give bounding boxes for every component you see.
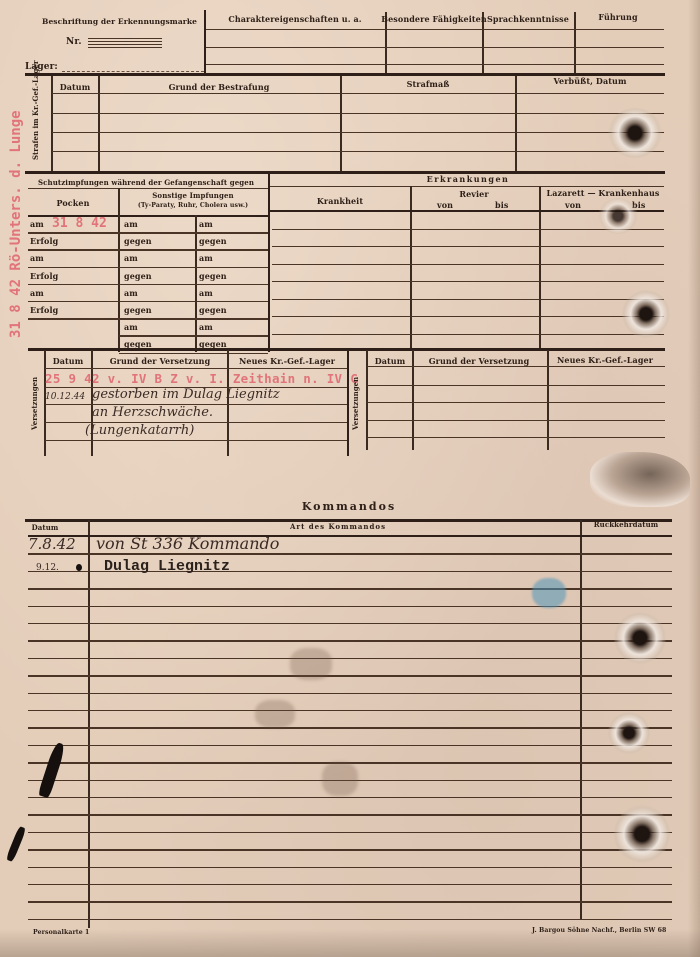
nr-field[interactable] <box>88 37 162 47</box>
column-header: Datum <box>375 356 406 366</box>
nr-label: Nr. <box>66 37 82 47</box>
column-header: Strafmaß <box>407 79 450 89</box>
kommando-entry-date: 7.8.42 <box>28 535 76 553</box>
rule <box>206 29 664 30</box>
vaccinations-title: Schutzimpfungen während der Gefangenscha… <box>38 178 254 187</box>
column-header: Datum <box>53 356 84 366</box>
pocken-row-label: am <box>30 219 44 229</box>
kommando-row[interactable] <box>28 553 672 554</box>
bullet-hole <box>608 712 650 754</box>
kommando-row[interactable] <box>28 693 672 694</box>
vaccination-row-label: am <box>199 288 213 298</box>
divider <box>268 172 270 352</box>
rule <box>367 366 665 367</box>
blue-ink-stain <box>532 578 566 608</box>
vaccination-row[interactable] <box>28 284 268 285</box>
column-header: Grund der Versetzung <box>429 356 530 366</box>
divider <box>580 520 582 920</box>
rule <box>25 171 665 174</box>
kommando-row[interactable] <box>28 658 672 659</box>
rule <box>206 64 664 65</box>
identity-tag-label: Beschriftung der Erkennungsmarke <box>42 17 197 26</box>
kommando-row[interactable] <box>28 727 672 728</box>
column-header: Datum <box>32 523 59 532</box>
margin-stamp: 31 8 42 Rö-Unters. d. Lunge <box>8 110 24 338</box>
kommando-row[interactable] <box>28 675 672 676</box>
transfer-entry-text: gestorben im Dulag Liegnitz <box>92 387 280 402</box>
column-header: Sprachkenntnisse <box>487 14 569 24</box>
column-header: Rückkehrdatum <box>594 520 659 529</box>
rule <box>206 47 664 48</box>
bullet-hole <box>614 805 670 863</box>
vaccination-row-label: am <box>199 322 213 332</box>
kommando-row[interactable] <box>28 797 672 798</box>
stain <box>290 648 332 680</box>
vaccination-row-label: gegen <box>199 236 227 246</box>
vaccination-row[interactable] <box>28 267 268 268</box>
column-header: Verbüßt, Datum <box>553 76 626 86</box>
transfer-row <box>367 385 665 386</box>
divider <box>98 76 100 171</box>
vaccination-row[interactable] <box>28 232 268 233</box>
column-subheader: bis <box>495 200 508 210</box>
transfer-row <box>367 437 665 438</box>
punishment-row <box>52 132 664 133</box>
vaccination-row-label: am <box>124 322 138 332</box>
lager-label: Lager: <box>25 62 58 72</box>
stain <box>255 700 295 728</box>
kommando-row[interactable] <box>28 901 672 902</box>
stain <box>322 762 358 796</box>
punishments-side-label: Strafen im Kr.-Gef.-Lager <box>31 60 40 160</box>
rule <box>28 188 268 189</box>
divider <box>412 350 414 450</box>
bullet-hole <box>622 290 670 338</box>
other-vaccinations-subheader: (Ty-Paraty, Ruhr, Cholera usw.) <box>138 202 248 209</box>
pocken-row-label: Erfolg <box>30 305 58 315</box>
vaccination-row[interactable] <box>119 353 268 354</box>
transfer-entry-date: 10.12.44 <box>45 392 85 402</box>
vaccination-row[interactable] <box>28 318 268 319</box>
pocken-row-label: Erfolg <box>30 236 58 246</box>
column-header: Grund der Bestrafung <box>169 82 270 92</box>
pocken-row-label: am <box>30 288 44 298</box>
kommando-row[interactable] <box>28 606 672 607</box>
column-header: Krankheit <box>317 196 363 206</box>
column-header: Revier <box>459 189 488 199</box>
bullet-hole <box>598 198 638 234</box>
kommando-row[interactable] <box>28 919 672 920</box>
kommando-row[interactable] <box>28 867 672 868</box>
column-header: Neues Kr.-Gef.-Lager <box>557 355 653 365</box>
illness-row[interactable] <box>272 264 664 265</box>
column-header: Lazarett — Krankenhaus <box>547 188 660 198</box>
illnesses-title: Erkrankungen <box>427 174 510 184</box>
kommando-row[interactable] <box>28 884 672 885</box>
vaccination-row-label: am <box>199 253 213 263</box>
vaccination-row[interactable] <box>119 335 268 336</box>
column-header: Führung <box>598 12 637 22</box>
vaccination-row-label: gegen <box>124 305 152 315</box>
kommando-entry-text: Dulag Liegnitz <box>104 558 230 575</box>
column-subheader: von <box>565 200 581 210</box>
transfer-stamp: 25 9 42 v. IV B Z v. I. Zeithain n. IV C <box>45 371 358 386</box>
column-header: Neues Kr.-Gef.-Lager <box>239 356 335 366</box>
divider <box>515 76 517 171</box>
transfers-side-label: Versetzungen <box>351 377 360 430</box>
kommando-row[interactable] <box>28 849 672 850</box>
kommando-row[interactable] <box>28 710 672 711</box>
ink-dot <box>76 564 82 571</box>
burn-mark <box>590 452 690 507</box>
kommando-row[interactable] <box>28 623 672 624</box>
vaccination-row-label: am <box>124 219 138 229</box>
transfer-entry-text: an Herzschwäche. <box>92 405 213 420</box>
divider <box>51 76 53 171</box>
divider <box>118 188 120 216</box>
pocken-row-label: am <box>30 253 44 263</box>
pocken-date-stamp: 31 8 42 <box>52 216 107 231</box>
divider <box>547 350 549 450</box>
column-subheader: von <box>437 200 453 210</box>
transfer-row <box>45 440 347 441</box>
divider <box>347 350 349 456</box>
illness-row[interactable] <box>272 299 664 300</box>
divider <box>340 76 342 171</box>
illness-row[interactable] <box>272 246 664 247</box>
kommando-row[interactable] <box>28 814 672 815</box>
illness-row[interactable] <box>272 281 664 282</box>
kommando-row[interactable] <box>28 588 672 589</box>
kommandos-title: Kommandos <box>302 500 396 513</box>
pocken-row-label: Erfolg <box>30 271 58 281</box>
column-header: Grund der Versetzung <box>110 356 211 366</box>
vaccination-row[interactable] <box>28 249 268 250</box>
form-number: Personalkarte 1 <box>33 929 89 936</box>
other-vaccinations-header: Sonstige Impfungen <box>152 191 233 200</box>
transfer-entry-text: (Lungenkatarrh) <box>85 423 194 438</box>
kommando-entry-date: 9.12. <box>36 563 59 573</box>
transfer-row <box>367 420 665 421</box>
bullet-hole <box>608 108 662 158</box>
vaccination-row-label: gegen <box>199 271 227 281</box>
lager-field[interactable] <box>62 68 204 72</box>
punishment-row <box>52 113 664 114</box>
kommando-entry-text: von St 336 Kommando <box>96 534 279 553</box>
column-header: Art des Kommandos <box>290 522 386 531</box>
rule <box>45 368 347 369</box>
kommando-row[interactable] <box>28 640 672 641</box>
vaccination-row-label: gegen <box>199 305 227 315</box>
vaccination-row-label: am <box>124 288 138 298</box>
vaccination-row-label: gegen <box>124 271 152 281</box>
vaccination-row-label: am <box>199 219 213 229</box>
pocken-header: Pocken <box>56 198 89 208</box>
vaccination-row-label: am <box>124 253 138 263</box>
illness-row[interactable] <box>272 316 664 317</box>
printer-imprint: J. Bargou Söhne Nachf., Berlin SW 68 <box>532 927 666 934</box>
punishment-row <box>52 151 664 152</box>
kommando-row[interactable] <box>28 745 672 746</box>
kommando-row[interactable] <box>28 832 672 833</box>
bullet-hole <box>614 612 666 664</box>
illness-row[interactable] <box>272 334 664 335</box>
divider <box>366 350 368 450</box>
transfers-side-label: Versetzungen <box>30 377 39 430</box>
column-header: Besondere Fähigkeiten <box>381 14 487 24</box>
vaccination-row[interactable] <box>28 301 268 302</box>
rule <box>52 93 664 94</box>
vaccination-row-label: gegen <box>124 236 152 246</box>
column-header: Datum <box>60 82 91 92</box>
column-header: Charaktereigenschaften u. a. <box>228 14 361 24</box>
transfer-row <box>367 402 665 403</box>
